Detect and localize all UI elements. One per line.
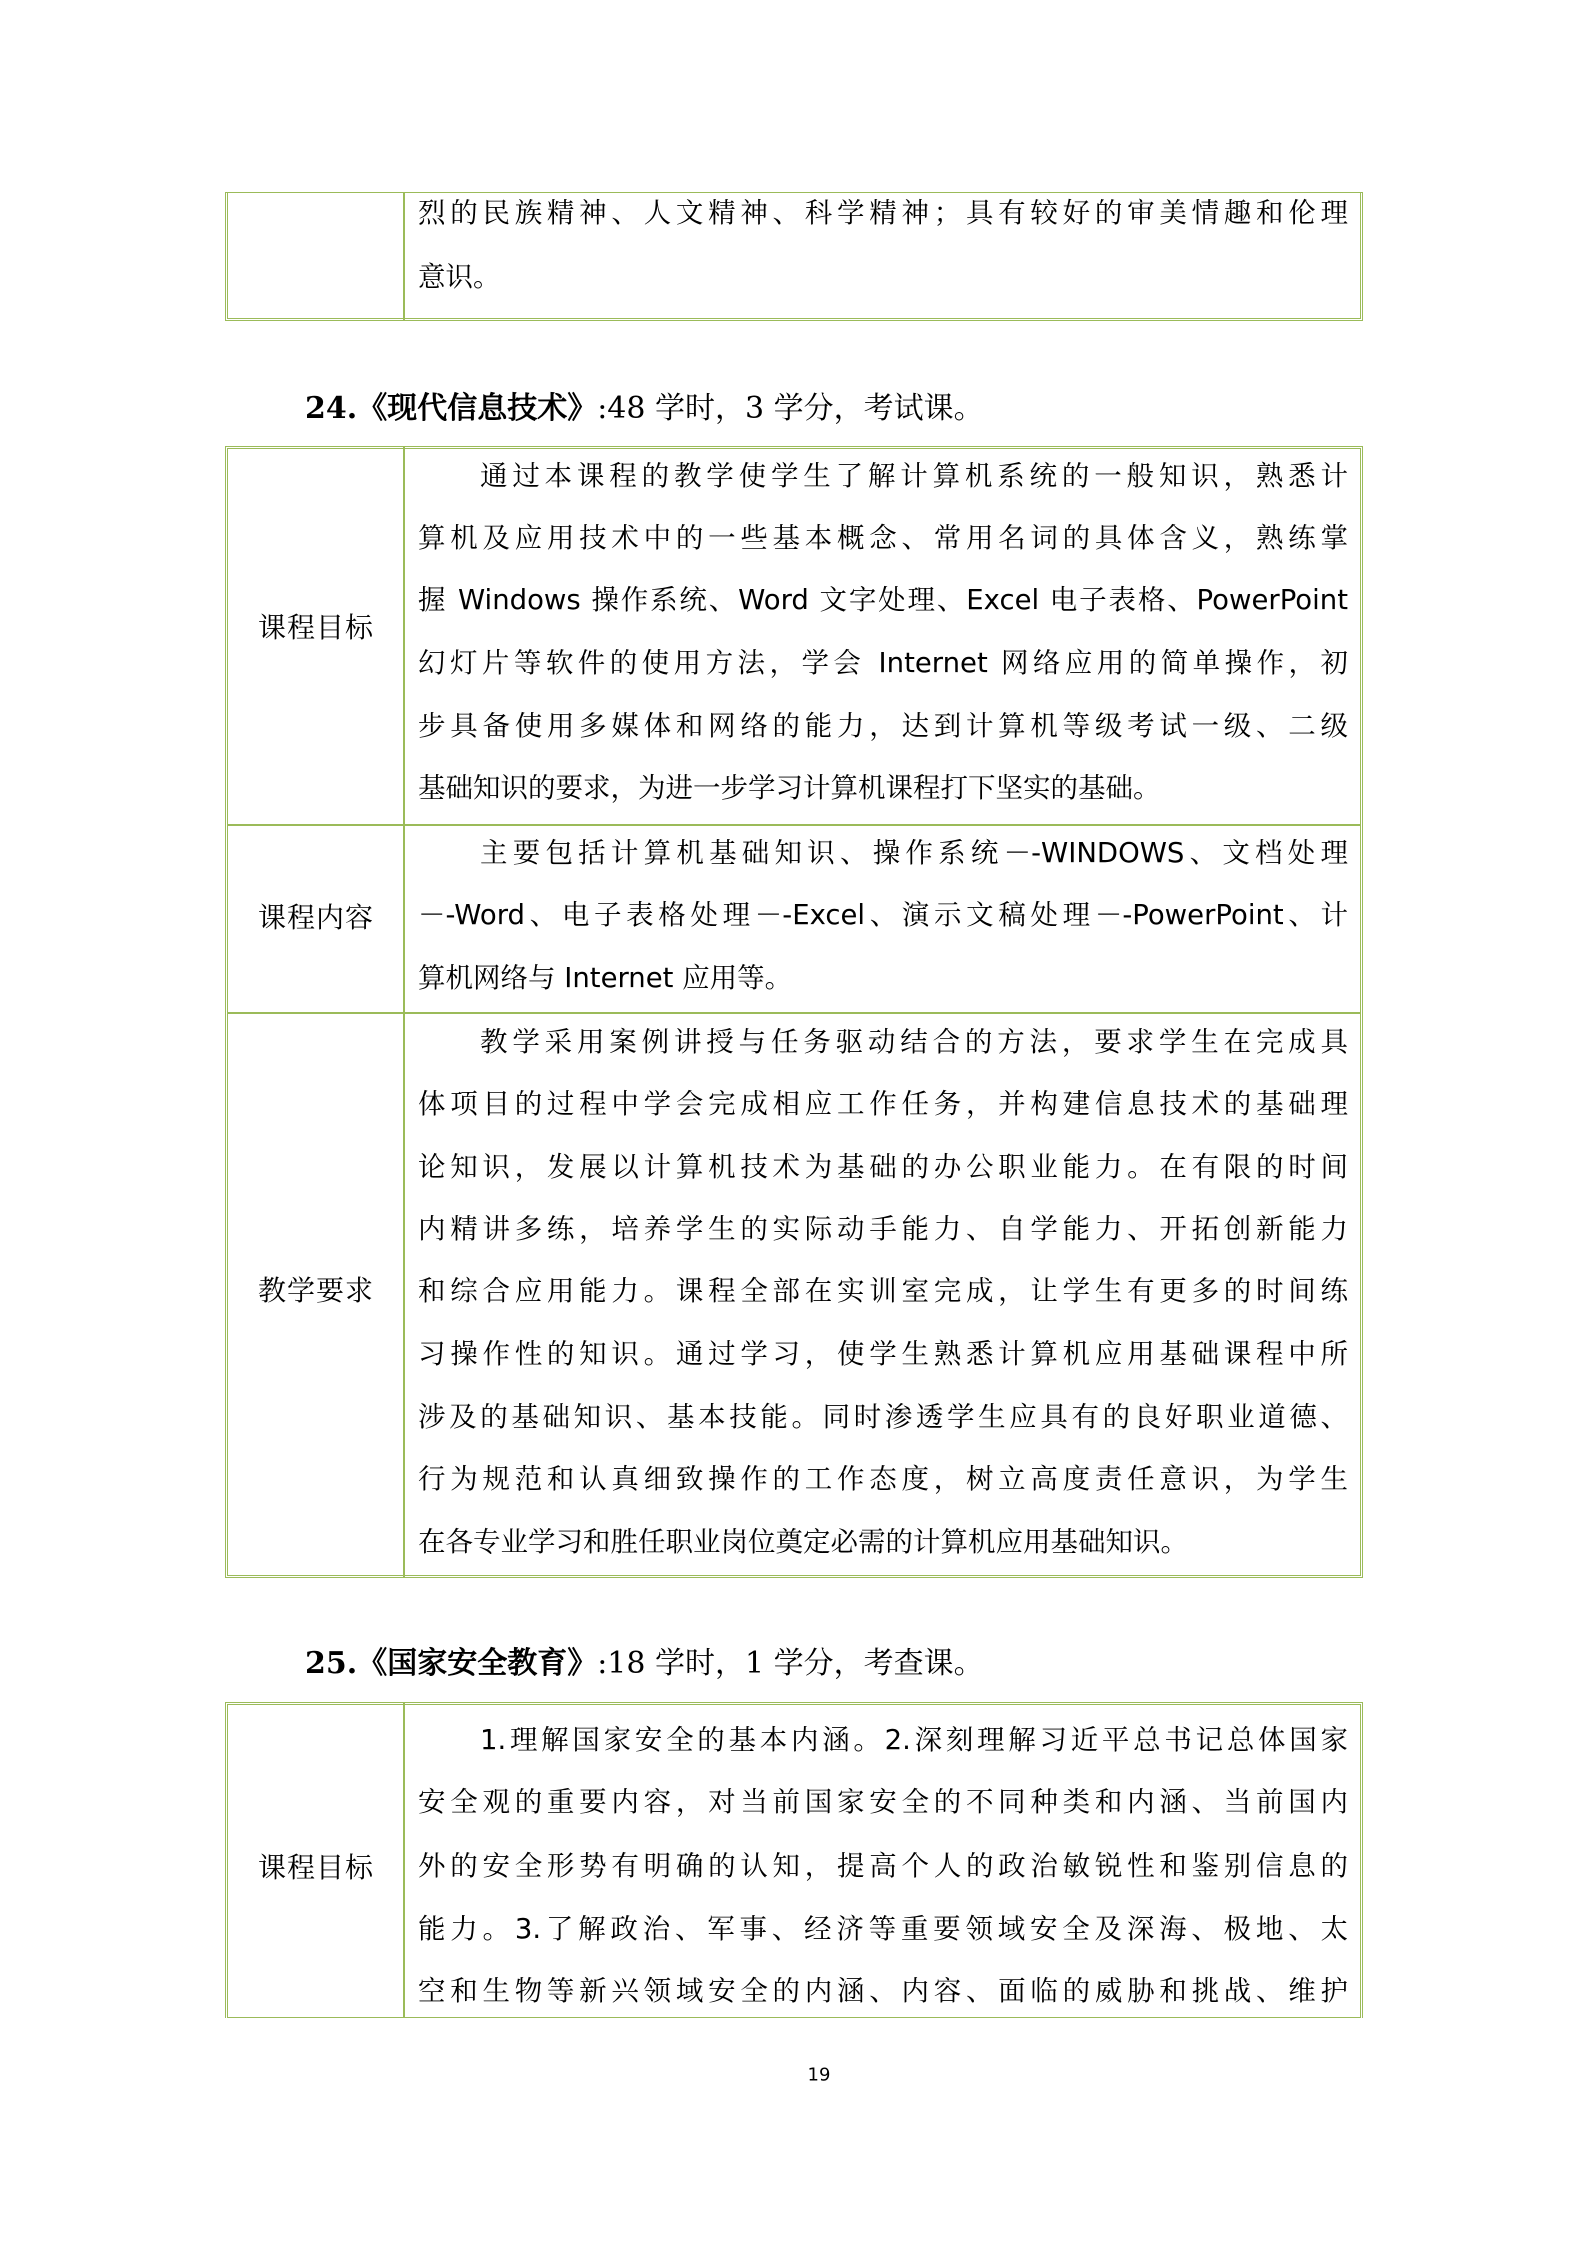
cell-text-line: 1.理解国家安全的基本内涵。2.深刻理解习近平总书记总体国家 xyxy=(418,1724,1348,1756)
cell-text-line: 和综合应用能力。课程全部在实训室完成，让学生有更多的时间练 xyxy=(418,1275,1348,1307)
course-hours-credits: :48 学时，3 学分，考试课。 xyxy=(597,391,983,426)
course-heading-25: 25.《国家安全教育》:18 学时，1 学分，考查课。 xyxy=(305,1638,984,1682)
row-label-teaching-requirements: 教学要求 xyxy=(229,1269,403,1309)
column-divider xyxy=(403,1702,405,2018)
cell-text-line: －-Word、电子表格处理－-Excel、演示文稿处理－-PowerPoint、… xyxy=(418,899,1348,931)
cell-text-line: 在各专业学习和胜任职业岗位奠定必需的计算机应用基础知识。 xyxy=(418,1526,1348,1558)
cell-text-line: 体项目的过程中学会完成相应工作任务，并构建信息技术的基础理 xyxy=(418,1088,1348,1120)
cell-text-line: 外的安全形势有明确的认知，提高个人的政治敏锐性和鉴别信息的 xyxy=(418,1850,1348,1882)
course-heading-24: 24.《现代信息技术》:48 学时，3 学分，考试课。 xyxy=(305,383,984,427)
row-label-course-objective: 课程目标 xyxy=(229,1846,403,1886)
course-title: 25.《国家安全教育》 xyxy=(305,1646,597,1681)
cell-text-line: 算机网络与 Internet 应用等。 xyxy=(418,962,1348,994)
cell-text-line: 步具备使用多媒体和网络的能力，达到计算机等级考试一级、二级 xyxy=(418,710,1348,742)
cell-text-line: 算机及应用技术中的一些基本概念、常用名词的具体含义，熟练掌 xyxy=(418,522,1348,554)
cell-text-line: 意识。 xyxy=(418,261,1348,293)
cell-text-line: 握 Windows 操作系统、Word 文字处理、Excel 电子表格、Powe… xyxy=(418,584,1348,616)
column-divider xyxy=(403,192,405,321)
cell-text-line: 幻灯片等软件的使用方法，学会 Internet 网络应用的简单操作，初 xyxy=(418,647,1348,679)
row-divider xyxy=(227,1012,1361,1014)
cell-text-line: 能力。3.了解政治、军事、经济等重要领域安全及深海、极地、太 xyxy=(418,1913,1348,1945)
course-hours-credits: :18 学时，1 学分，考查课。 xyxy=(597,1646,983,1681)
cell-text-line: 习操作性的知识。通过学习，使学生熟悉计算机应用基础课程中所 xyxy=(418,1338,1348,1370)
cell-text-line: 论知识，发展以计算机技术为基础的办公职业能力。在有限的时间 xyxy=(418,1151,1348,1183)
table-course-24: 课程目标 通过本课程的教学使学生了解计算机系统的一般知识，熟悉计 算机及应用技术… xyxy=(225,446,1363,1578)
cell-text-line: 安全观的重要内容，对当前国家安全的不同种类和内涵、当前国内 xyxy=(418,1786,1348,1818)
document-page: 烈的民族精神、人文精神、科学精神；具有较好的审美情趣和伦理 意识。 24.《现代… xyxy=(0,0,1587,2245)
course-title: 24.《现代信息技术》 xyxy=(305,391,597,426)
cell-text-line: 行为规范和认真细致操作的工作态度，树立高度责任意识，为学生 xyxy=(418,1463,1348,1495)
table-course-25: 课程目标 1.理解国家安全的基本内涵。2.深刻理解习近平总书记总体国家 安全观的… xyxy=(225,1702,1363,2018)
row-label-course-objective: 课程目标 xyxy=(229,606,403,646)
cell-text-line: 涉及的基础知识、基本技能。同时渗透学生应具有的良好职业道德、 xyxy=(418,1401,1348,1433)
table-previous-course: 烈的民族精神、人文精神、科学精神；具有较好的审美情趣和伦理 意识。 xyxy=(225,192,1363,321)
cell-text-line: 通过本课程的教学使学生了解计算机系统的一般知识，熟悉计 xyxy=(418,460,1348,492)
cell-text-line: 基础知识的要求，为进一步学习计算机课程打下坚实的基础。 xyxy=(418,772,1348,804)
page-number: 19 xyxy=(808,2065,831,2086)
cell-text-line: 烈的民族精神、人文精神、科学精神；具有较好的审美情趣和伦理 xyxy=(418,197,1348,229)
cell-text-line: 主要包括计算机基础知识、操作系统－-WINDOWS、文档处理 xyxy=(418,837,1348,869)
row-label-course-content: 课程内容 xyxy=(229,896,403,936)
cell-text-line: 内精讲多练，培养学生的实际动手能力、自学能力、开拓创新能力 xyxy=(418,1213,1348,1245)
cell-text-line: 教学采用案例讲授与任务驱动结合的方法，要求学生在完成具 xyxy=(418,1026,1348,1058)
row-divider xyxy=(227,824,1361,826)
cell-text-line: 空和生物等新兴领域安全的内涵、内容、面临的威胁和挑战、维护 xyxy=(418,1975,1348,2007)
